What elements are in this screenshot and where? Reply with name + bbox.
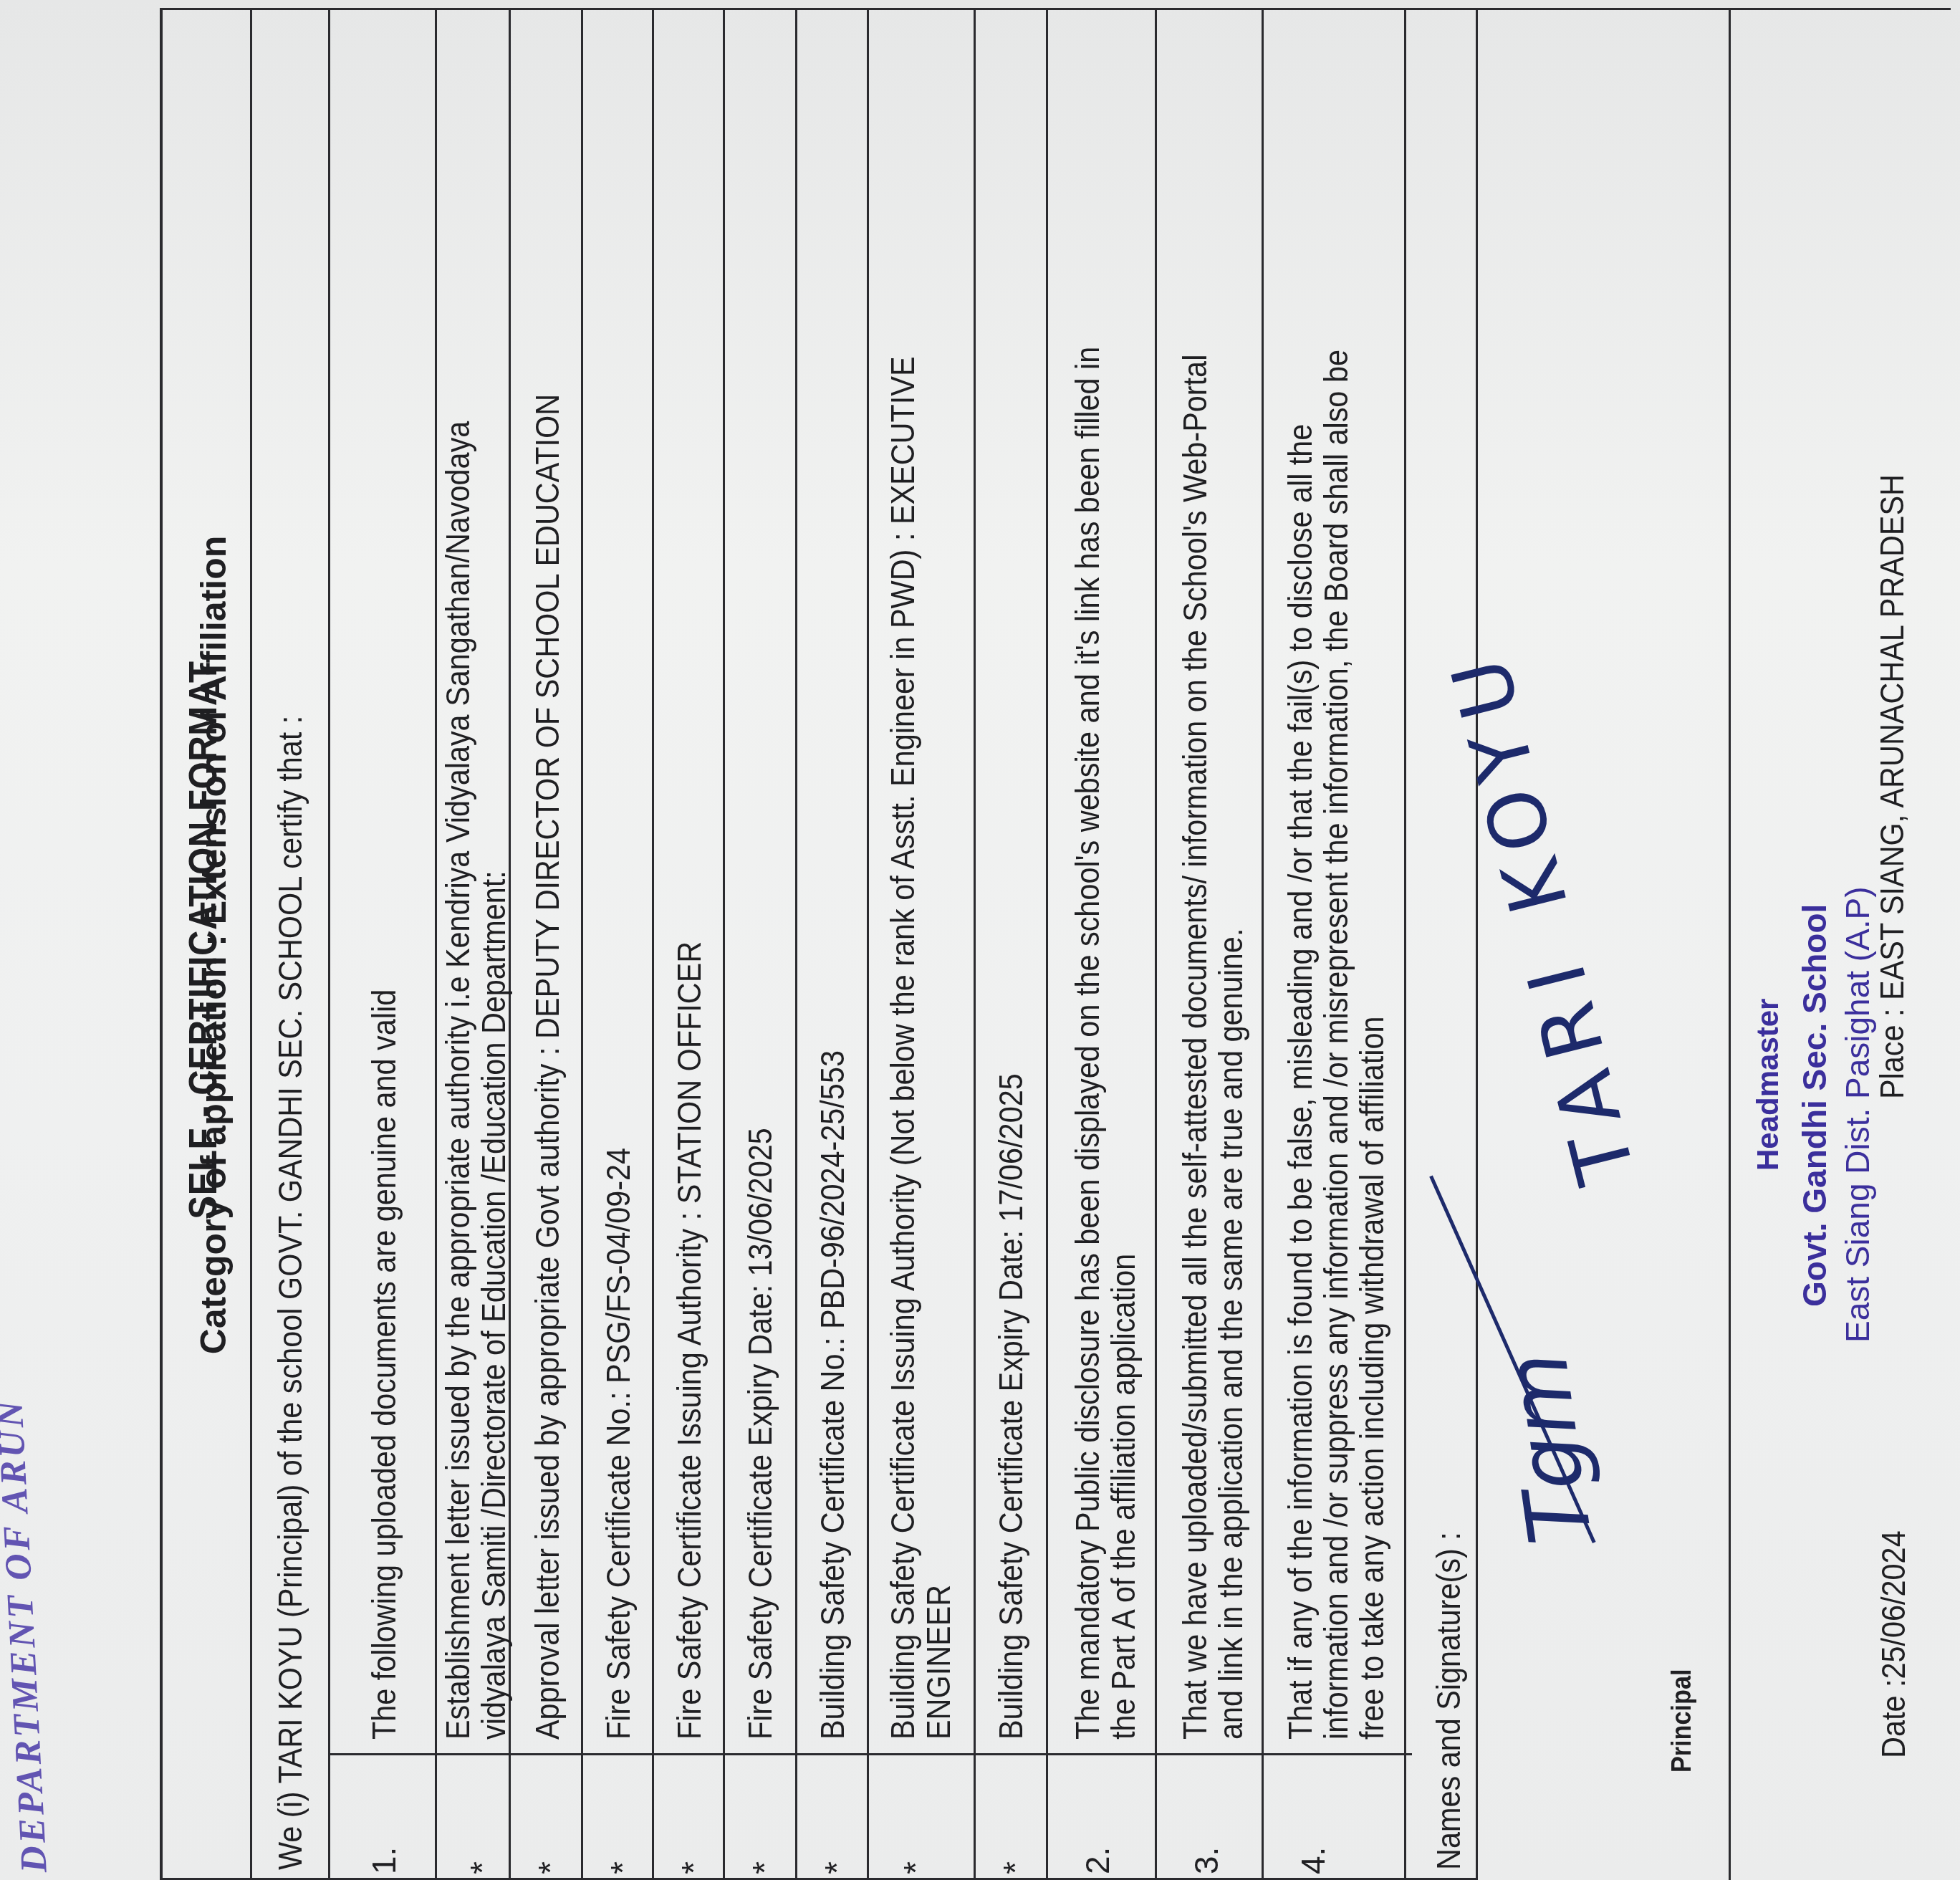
intro-text: We (i) TARI KOYU (Principal) of the scho… [272, 222, 308, 1870]
row-marker: * [997, 1795, 1033, 1874]
table-row: 3. That we have uploaded/submitted all t… [1157, 10, 1264, 1880]
certification-table: Category of application : Extension of A… [160, 8, 1951, 1880]
intro-row: We (i) TARI KOYU (Principal) of the scho… [252, 10, 330, 1880]
table-row: * Building Safety Certificate No.: PBD-9… [797, 10, 869, 1880]
table-row: * Fire Safety Certificate Expiry Date: 1… [725, 10, 797, 1880]
row-text: Establishment letter issued by the appro… [440, 208, 511, 1740]
names-signatures-row: Names and Signature(s) : [1406, 10, 1478, 1880]
table-row: 1. The following uploaded documents are … [330, 10, 437, 1880]
category-label: Category of application : Extension of A… [193, 10, 234, 1880]
row-text: That we have uploaded/submitted all the … [1177, 208, 1249, 1740]
signature-initials: Tgm [1486, 1346, 1612, 1549]
row-text: Building Safety Certificate Expiry Date:… [993, 208, 1029, 1740]
seal-address: East Siang Dist. Pasighat (A.P) [1838, 886, 1877, 1343]
place-text: Place : EAST SIANG, ARUNACHAL PRADESH [1873, 474, 1911, 1099]
row-marker: * [605, 1795, 640, 1874]
row-text: Fire Safety Certificate Expiry Date: 13/… [742, 208, 778, 1740]
row-number: 4. [1295, 1795, 1331, 1874]
row-text: The mandatory Public disclosure has been… [1070, 208, 1141, 1740]
row-marker: * [532, 1795, 568, 1874]
seal-row: Headmaster Govt. Gandhi Sec. School East… [1731, 10, 1946, 1880]
document-page: DEPARTMENT OF ARUN SELF - CERTIFICATION … [0, 0, 1960, 1880]
row-marker: * [746, 1795, 782, 1874]
row-number: 2. [1080, 1795, 1115, 1874]
date-text: Date :25/06/2024 [1874, 1530, 1913, 1758]
row-text: The following uploaded documents are gen… [366, 208, 402, 1740]
row-marker: * [464, 1795, 500, 1874]
row-text: Approval letter issued by appropriate Go… [529, 208, 565, 1740]
principal-label: Principal [1664, 212, 1700, 1773]
table-row: * Fire Safety Certificate Issuing Author… [654, 10, 725, 1880]
table-row: 4. That if any of the information is fou… [1264, 10, 1406, 1880]
row-text: That if any of the information is found … [1282, 208, 1390, 1740]
row-number: 1. [366, 1795, 402, 1874]
row-marker: * [898, 1795, 933, 1874]
seal-school: Govt. Gandhi Sec. School [1795, 904, 1834, 1307]
row-marker: * [676, 1795, 711, 1874]
names-signatures-label: Names and Signature(s) : [1431, 222, 1466, 1870]
category-row: Category of application : Extension of A… [163, 10, 252, 1880]
row-marker: * [819, 1795, 855, 1874]
signature-row: Principal Tgm TARI KOYU [1478, 10, 1731, 1880]
seal-title: Headmaster [1751, 999, 1785, 1171]
table-row: * Building Safety Certificate Expiry Dat… [976, 10, 1048, 1880]
table-row: * Fire Safety Certificate No.: PSG/FS-04… [583, 10, 654, 1880]
table-row: * Establishment letter issued by the app… [437, 10, 511, 1880]
row-text: Fire Safety Certificate No.: PSG/FS-04/0… [600, 208, 636, 1740]
department-stamp: DEPARTMENT OF ARUN [0, 1356, 64, 1874]
row-number: 3. [1188, 1795, 1224, 1874]
row-text: Fire Safety Certificate Issuing Authorit… [671, 208, 707, 1740]
table-row: 2. The mandatory Public disclosure has b… [1048, 10, 1157, 1880]
table-row: * Approval letter issued by appropriate … [511, 10, 583, 1880]
row-text: Building Safety Certificate Issuing Auth… [885, 208, 956, 1740]
row-text: Building Safety Certificate No.: PBD-96/… [815, 208, 850, 1740]
table-row: * Building Safety Certificate Issuing Au… [869, 10, 976, 1880]
